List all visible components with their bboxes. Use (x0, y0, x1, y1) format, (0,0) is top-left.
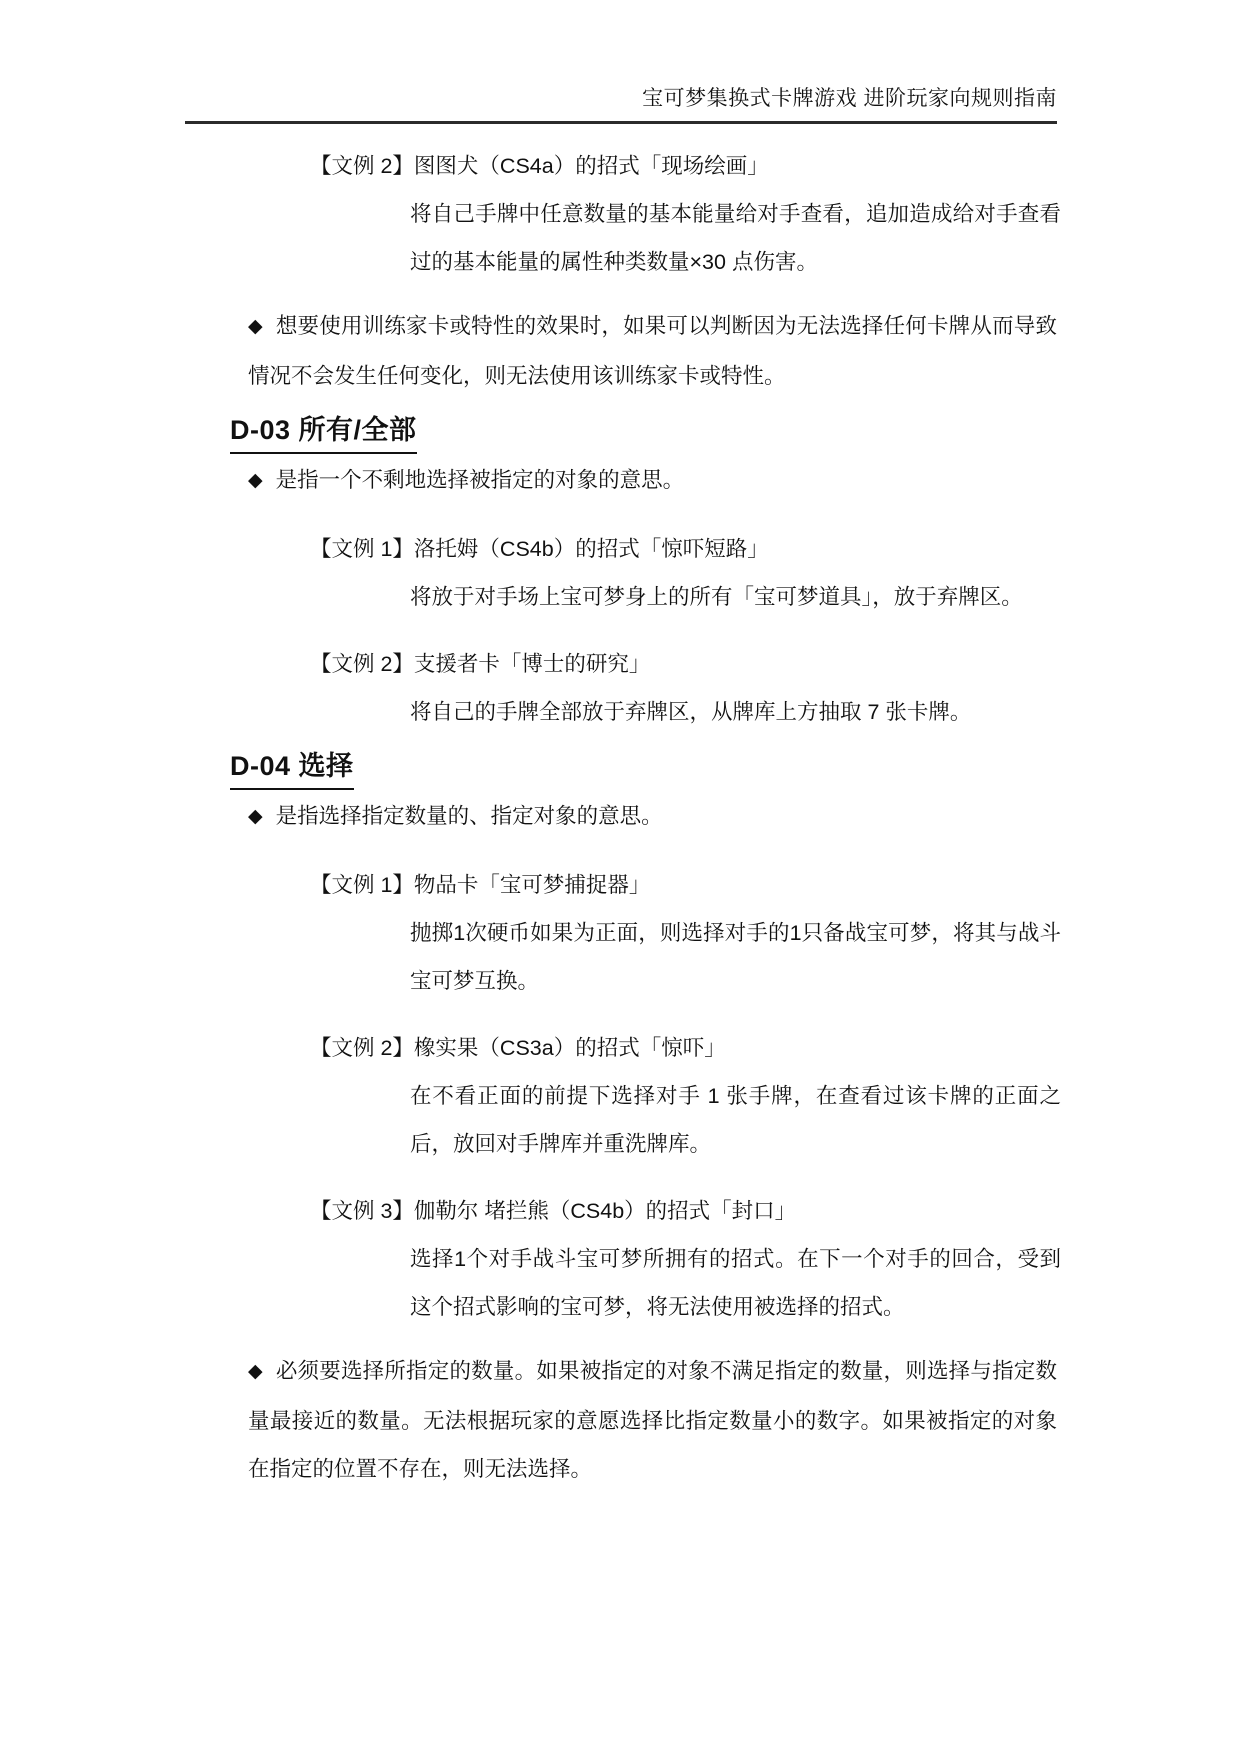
diamond-bullet-icon: ◆ (248, 316, 263, 337)
definition-paragraph: ◆是指选择指定数量的、指定对象的意思。 (248, 792, 1057, 842)
definition-paragraph: ◆是指一个不剩地选择被指定的对象的意思。 (248, 456, 1057, 506)
example-title: 【文例 1】物品卡「宝可梦捕捉器」 (310, 861, 1057, 909)
example-body: 抛掷1次硬币如果为正面，则选择对手的1只备战宝可梦，将其与战斗宝可梦互换。 (410, 909, 1061, 1005)
example-block-d04-3: 【文例 3】伽勒尔 堵拦熊（CS4b）的招式「封口」 选择1个对手战斗宝可梦所拥… (310, 1187, 1057, 1331)
section-heading-d04: D-04 选择 (230, 749, 1057, 790)
example-title: 【文例 2】支援者卡「博士的研究」 (310, 640, 1057, 688)
example-body: 在不看正面的前提下选择对手 1 张手牌，在查看过该卡牌的正面之后，放回对手牌库并… (410, 1072, 1061, 1168)
example-body: 将自己手牌中任意数量的基本能量给对手查看，追加造成给对手查看过的基本能量的属性种… (410, 190, 1061, 286)
section-heading-text: D-03 所有/全部 (230, 413, 417, 454)
example-block-d04-1: 【文例 1】物品卡「宝可梦捕捉器」 抛掷1次硬币如果为正面，则选择对手的1只备战… (310, 861, 1057, 1005)
diamond-bullet-icon: ◆ (248, 1361, 263, 1382)
example-block-d03-2: 【文例 2】支援者卡「博士的研究」 将自己的手牌全部放于弃牌区，从牌库上方抽取 … (310, 640, 1057, 736)
note-text: 想要使用训练家卡或特性的效果时，如果可以判断因为无法选择任何卡牌从而导致情况不会… (248, 314, 1057, 388)
example-body: 选择1个对手战斗宝可梦所拥有的招式。在下一个对手的回合，受到这个招式影响的宝可梦… (410, 1235, 1061, 1331)
section-heading-d03: D-03 所有/全部 (230, 413, 1057, 454)
example-title: 【文例 2】图图犬（CS4a）的招式「现场绘画」 (310, 142, 1057, 190)
diamond-bullet-icon: ◆ (248, 470, 263, 491)
definition-text: 是指一个不剩地选择被指定的对象的意思。 (276, 468, 685, 492)
note-text: 必须要选择所指定的数量。如果被指定的对象不满足指定的数量，则选择与指定数量最接近… (248, 1359, 1057, 1481)
example-block-intro: 【文例 2】图图犬（CS4a）的招式「现场绘画」 将自己手牌中任意数量的基本能量… (310, 142, 1057, 286)
section-heading-text: D-04 选择 (230, 749, 354, 790)
example-title: 【文例 2】橡实果（CS3a）的招式「惊吓」 (310, 1024, 1057, 1072)
document-page: 宝可梦集换式卡牌游戏 进阶玩家向规则指南 【文例 2】图图犬（CS4a）的招式「… (0, 0, 1241, 1755)
header-title: 宝可梦集换式卡牌游戏 进阶玩家向规则指南 (185, 86, 1057, 112)
example-block-d03-1: 【文例 1】洛托姆（CS4b）的招式「惊吓短路」 将放于对手场上宝可梦身上的所有… (310, 525, 1057, 621)
definition-text: 是指选择指定数量的、指定对象的意思。 (276, 804, 663, 828)
note-paragraph: ◆想要使用训练家卡或特性的效果时，如果可以判断因为无法选择任何卡牌从而导致情况不… (248, 302, 1057, 400)
example-body: 将放于对手场上宝可梦身上的所有「宝可梦道具」，放于弃牌区。 (410, 573, 1061, 621)
diamond-bullet-icon: ◆ (248, 806, 263, 827)
example-title: 【文例 3】伽勒尔 堵拦熊（CS4b）的招式「封口」 (310, 1187, 1057, 1235)
page-header: 宝可梦集换式卡牌游戏 进阶玩家向规则指南 (185, 0, 1057, 124)
example-body: 将自己的手牌全部放于弃牌区，从牌库上方抽取 7 张卡牌。 (410, 688, 1061, 736)
document-body: 【文例 2】图图犬（CS4a）的招式「现场绘画」 将自己手牌中任意数量的基本能量… (185, 142, 1057, 1493)
note-paragraph: ◆必须要选择所指定的数量。如果被指定的对象不满足指定的数量，则选择与指定数量最接… (248, 1347, 1057, 1493)
header-rule (185, 121, 1057, 124)
example-title: 【文例 1】洛托姆（CS4b）的招式「惊吓短路」 (310, 525, 1057, 573)
example-block-d04-2: 【文例 2】橡实果（CS3a）的招式「惊吓」 在不看正面的前提下选择对手 1 张… (310, 1024, 1057, 1168)
